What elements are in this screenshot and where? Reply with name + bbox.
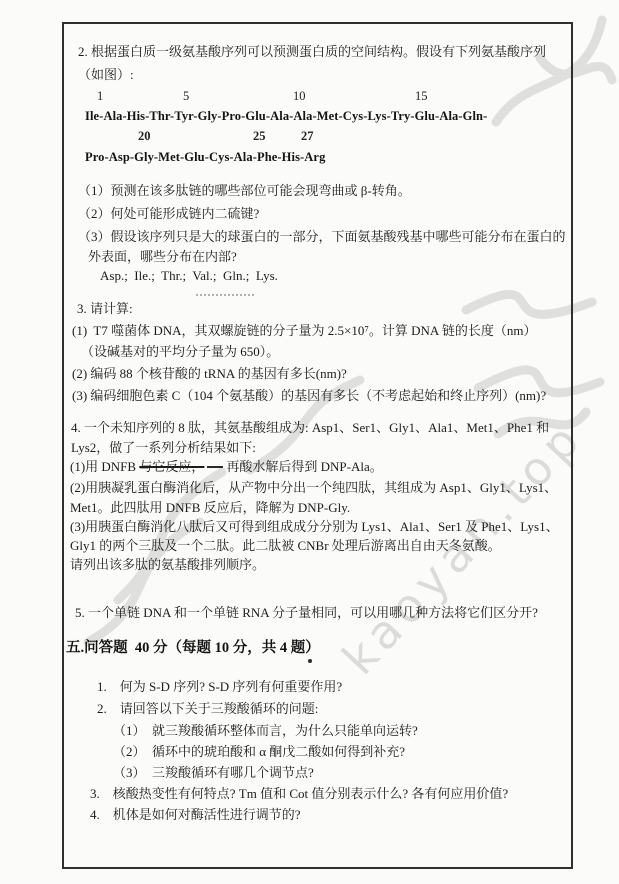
question-4-closing: 请列出该多肽的氨基酸排列顺序。 xyxy=(70,557,265,573)
question-4-intro-line-1: 4. 一个未知序列的 8 肽，其氨基酸组成为: Asp1、Ser1、Gly1、A… xyxy=(71,420,549,436)
question-3-title: 3. 请计算: xyxy=(77,301,133,317)
question-4-item-2-line-1: (2)用胰凝乳蛋白酶消化后，从产物中分出一个纯四肽，其组成为 Asp1、Gly1… xyxy=(70,480,557,496)
section-5-item-2-sub-1: （1） 就三羧酸循环整体而言，为什么只能单向运转? xyxy=(113,723,418,739)
question-2-item-3-line-1: （3）假设该序列只是大的球蛋白的一部分，下面氨基酸残基中哪些可能分布在蛋白的 xyxy=(78,229,566,245)
position-label: 15 xyxy=(415,88,428,104)
section-5-item-2: 2. 请回答以下关于三羧酸循环的问题: xyxy=(97,701,318,717)
question-2-intro-line-2: （如图）: xyxy=(78,67,134,83)
section-5-item-4: 4. 机体是如何对酶活性进行调节的? xyxy=(90,807,301,823)
question-5-line: 5. 一个单链 DNA 和一个单链 RNA 分子量相同，可以用哪几种方法将它们区… xyxy=(75,605,538,621)
item-1-struck-text: 与它反应， xyxy=(139,459,204,474)
question-4-intro-line-2: Lys2，做了一系列分析结果如下: xyxy=(71,440,256,456)
amino-acid-sequence-line-2: Pro-Asp-Gly-Met-Glu-Cys-Ala-Phe-His-Arg xyxy=(85,149,325,165)
section-5-item-1: 1. 何为 S-D 序列? S-D 序列有何重要作用? xyxy=(97,679,342,695)
scanned-exam-page: kaoyan.top 2. 根据蛋白质一级氨基酸序列可以预测蛋白质的空间结构。假… xyxy=(0,0,619,884)
question-2-residue-list: Asp.; Ile.; Thr.; Val.; Gln.; Lys. xyxy=(100,268,278,284)
question-3-item-2: (2) 编码 88 个核苷酸的 tRNA 的基因有多长(nm)? xyxy=(72,366,347,382)
question-3-item-1-line-2: （设碱基对的平均分子量为 650）。 xyxy=(81,344,279,360)
question-3-item-1-line-1: (1) T7 噬菌体 DNA，其双螺旋链的分子量为 2.5×10⁷。计算 DNA… xyxy=(72,323,536,339)
position-label: 25 xyxy=(253,128,266,144)
question-4-item-1: (1)用 DNFB 与它反应，再酸水解后得到 DNP-Ala。 xyxy=(70,459,383,475)
question-2-item-2: （2）何处可能形成链内二硫键? xyxy=(78,206,259,222)
question-4-item-3-line-1: (3)用胰蛋白酶消化八肽后又可得到组成成分分别为 Lys1、Ala1、Ser1 … xyxy=(70,519,559,535)
item-1-prefix: (1)用 DNFB xyxy=(70,459,139,474)
strike-dash xyxy=(207,466,223,468)
section-5-item-3: 3. 核酸热变性有何特点? Tm 值和 Cot 值分别表示什么? 各有何应用价值… xyxy=(90,786,508,802)
item-1-suffix: 再酸水解后得到 DNP-Ala。 xyxy=(226,459,382,474)
position-label: 10 xyxy=(293,88,306,104)
question-2-item-1: （1）预测在该多肽链的哪些部位可能会现弯曲或 β-转角。 xyxy=(78,183,411,199)
section-5-heading: 五.问答题 40 分（每题 10 分，共 4 题） xyxy=(66,640,320,656)
section-5-item-2-sub-2: （2） 循环中的琥珀酸和 α 酮戊二酸如何得到补充? xyxy=(113,744,405,760)
scan-smudge xyxy=(196,294,254,296)
position-label: 5 xyxy=(183,88,189,104)
position-label: 20 xyxy=(138,128,151,144)
ink-dot xyxy=(308,659,312,663)
question-3-item-3: (3) 编码细胞色素 C（104 个氨基酸）的基因有多长（不考虑起始和终止序列）… xyxy=(72,388,546,404)
amino-acid-sequence-line-1: Ile-Ala-His-Thr-Tyr-Gly-Pro-Glu-Ala-Ala-… xyxy=(85,108,487,124)
question-2-item-3-line-2: 外表面，哪些分布在内部? xyxy=(88,249,237,265)
question-4-item-2-line-2: Met1。此四肽用 DNFB 反应后，降解为 DNP-Gly. xyxy=(70,500,350,516)
question-2-intro-line-1: 2. 根据蛋白质一级氨基酸序列可以预测蛋白质的空间结构。假设有下列氨基酸序列 xyxy=(78,44,546,60)
question-4-item-3-line-2: Gly1 的两个三肽及一个二肽。此二肽被 CNBr 处理后游离出自由天冬氨酸。 xyxy=(70,538,501,554)
section-5-item-2-sub-3: （3） 三羧酸循环有哪几个调节点? xyxy=(113,765,314,781)
position-label: 27 xyxy=(301,128,314,144)
position-label: 1 xyxy=(97,88,103,104)
